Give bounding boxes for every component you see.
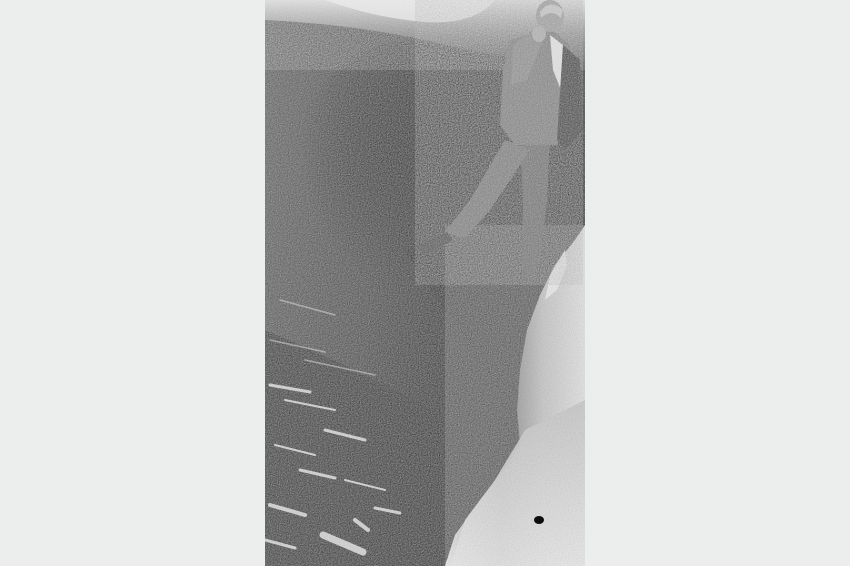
photograph bbox=[265, 0, 585, 566]
page-background bbox=[0, 0, 850, 566]
photo-canvas bbox=[265, 0, 585, 566]
